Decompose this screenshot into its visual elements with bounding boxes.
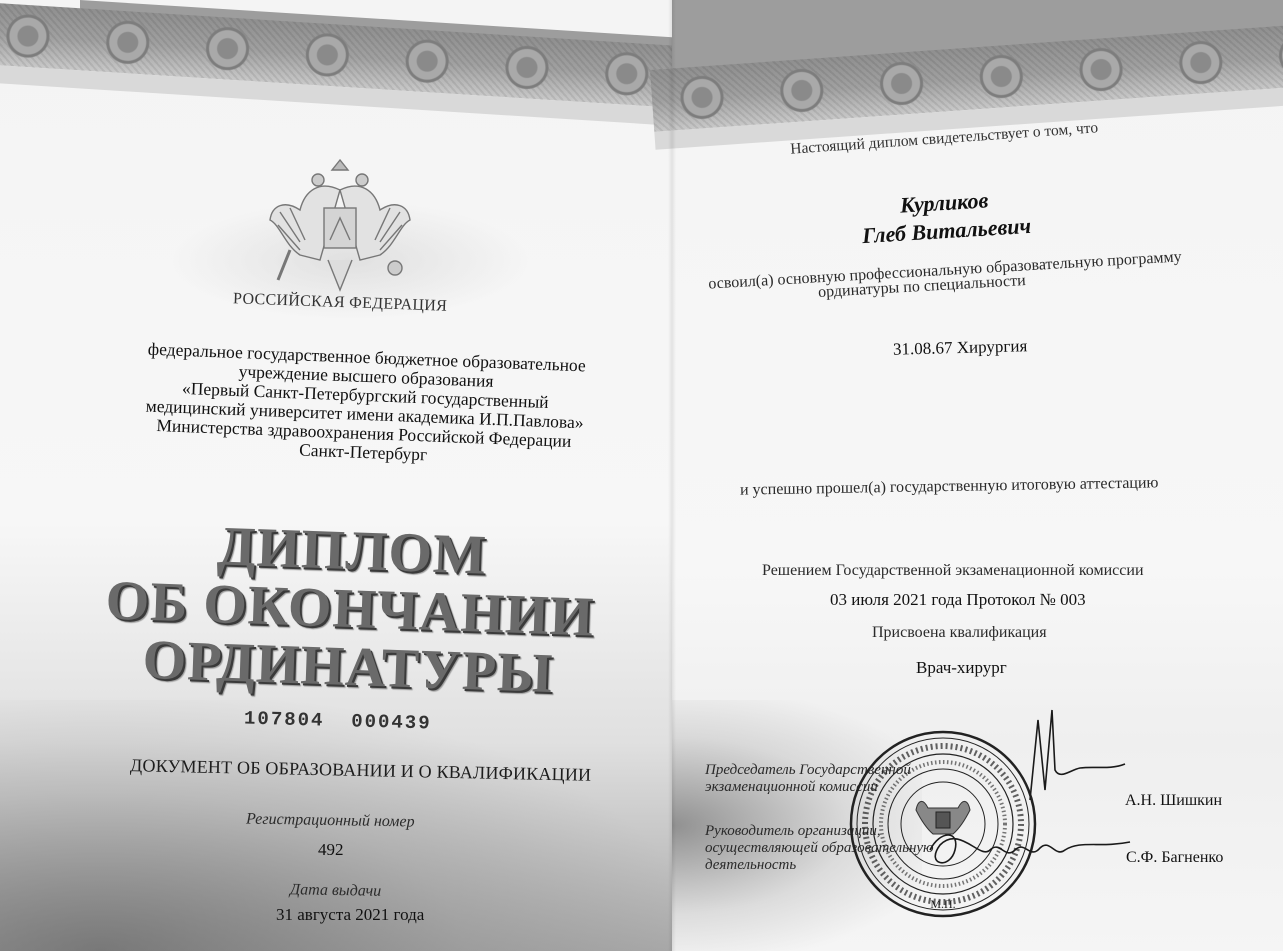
specialty: 31.08.67 Хирургия: [893, 336, 1028, 360]
left-page: [0, 0, 672, 951]
page-fold: [668, 0, 676, 951]
head-name: С.Ф. Багненко: [1126, 849, 1223, 867]
registration-number: 492: [318, 840, 344, 860]
diploma-title: ДИПЛОМ ОБ ОКОНЧАНИИ ОРДИНАТУРЫ: [87, 513, 613, 705]
svg-text:М.П.: М.П.: [930, 897, 955, 911]
issue-date: 31 августа 2021 года: [276, 905, 424, 925]
commission-decision: Решением Государственной экзаменационной…: [762, 562, 1144, 580]
qualification-label: Присвоена квалификация: [872, 624, 1047, 642]
issue-date-label: Дата выдачи: [290, 881, 382, 901]
qualification: Врач-хирург: [916, 658, 1007, 678]
official-seal-icon: М.П.: [848, 728, 1038, 920]
registration-label: Регистрационный номер: [246, 811, 415, 832]
coat-of-arms-icon: [250, 150, 430, 305]
institution-name: федеральное государственное бюджетное об…: [138, 339, 592, 470]
chair-name: А.Н. Шишкин: [1125, 792, 1222, 810]
protocol: 03 июля 2021 года Протокол № 003: [830, 590, 1086, 610]
graduate-last-name: Курликов: [899, 187, 989, 218]
